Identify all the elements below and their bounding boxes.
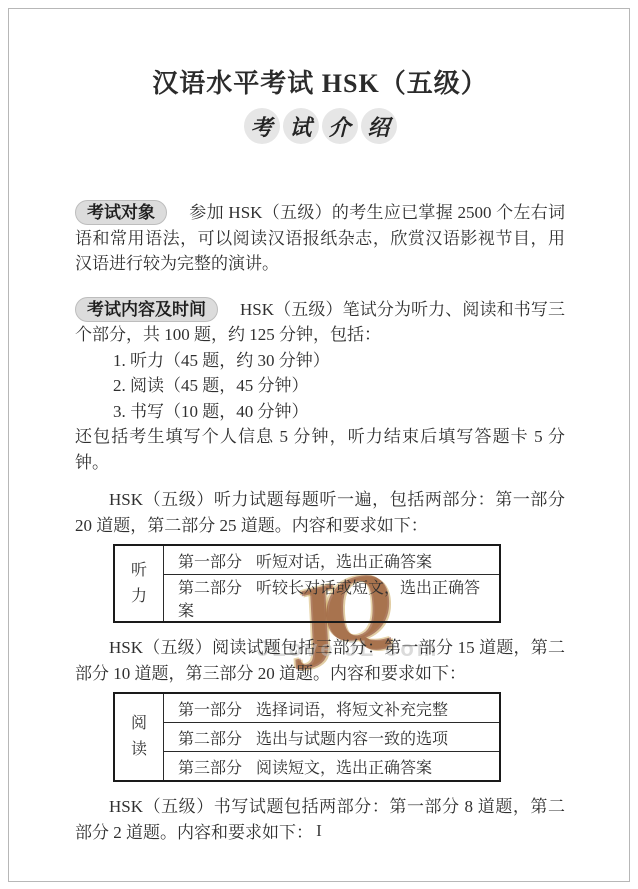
part-label: 第一部分 bbox=[178, 554, 242, 571]
page-title: 汉语水平考试 HSK（五级） bbox=[75, 63, 565, 100]
part-label: 第二部分 bbox=[178, 580, 242, 597]
table-row: 阅 读 第一部分选择词语，将短文补充完整 bbox=[114, 693, 500, 723]
part-label: 第二部分 bbox=[178, 731, 242, 748]
section-content-time: 考试内容及时间HSK（五级）笔试分为听力、阅读和书写三个部分，共 100 题，约… bbox=[75, 297, 565, 476]
scanned-page: JQ JLove JL com 汉语水平考试 HSK（五级） 考 试 介 绍 考… bbox=[8, 8, 630, 882]
section-exam-target: 考试对象参加 HSK（五级）的考生应已掌握 2500 个左右词语和常用语法，可以… bbox=[75, 200, 565, 277]
skill-char: 读 bbox=[116, 737, 162, 763]
reading-row-1: 第一部分选择词语，将短文补充完整 bbox=[164, 693, 501, 723]
listening-row-2: 第二部分听较长对话或短文，选出正确答案 bbox=[164, 575, 501, 623]
page-number: I bbox=[9, 821, 629, 841]
content-time-label: 考试内容及时间 bbox=[75, 297, 218, 322]
list-item-writing: 3. 书写（10 题，40 分钟） bbox=[75, 399, 565, 425]
stamp-char-shi: 试 bbox=[283, 108, 319, 144]
table-row: 第二部分选出与试题内容一致的选项 bbox=[114, 723, 500, 752]
part-desc: 选择词语，将短文补充完整 bbox=[256, 702, 448, 719]
reading-skill-cell: 阅 读 bbox=[114, 693, 164, 781]
part-label: 第一部分 bbox=[178, 702, 242, 719]
reading-table: 阅 读 第一部分选择词语，将短文补充完整 第二部分选出与试题内容一致的选项 第三… bbox=[113, 692, 501, 782]
reading-paragraph: HSK（五级）阅读试题包括三部分：第一部分 15 道题，第二部分 10 道题，第… bbox=[75, 635, 565, 686]
table-row: 听 力 第一部分听短对话，选出正确答案 bbox=[114, 545, 500, 575]
content-time-note: 还包括考生填写个人信息 5 分钟，听力结束后填写答题卡 5 分钟。 bbox=[75, 424, 565, 475]
list-item-reading: 2. 阅读（45 题，45 分钟） bbox=[75, 373, 565, 399]
skill-char: 听 bbox=[116, 558, 162, 584]
listening-paragraph: HSK（五级）听力试题每题听一遍，包括两部分：第一部分 20 道题，第二部分 2… bbox=[75, 487, 565, 538]
part-desc: 阅读短文，选出正确答案 bbox=[256, 760, 432, 777]
exam-target-label: 考试对象 bbox=[75, 200, 167, 225]
skill-char: 力 bbox=[116, 584, 162, 610]
part-label: 第三部分 bbox=[178, 760, 242, 777]
stamp-char-jie: 介 bbox=[322, 108, 358, 144]
table-row: 第三部分阅读短文，选出正确答案 bbox=[114, 752, 500, 782]
reading-row-3: 第三部分阅读短文，选出正确答案 bbox=[164, 752, 501, 782]
content-time-intro-line: 考试内容及时间HSK（五级）笔试分为听力、阅读和书写三个部分，共 100 题，约… bbox=[75, 297, 565, 348]
table-row: 第二部分听较长对话或短文，选出正确答案 bbox=[114, 575, 500, 623]
stamp-char-shao: 绍 bbox=[361, 108, 397, 144]
stamp-char-kao: 考 bbox=[244, 108, 280, 144]
skill-char: 阅 bbox=[116, 711, 162, 737]
listening-row-1: 第一部分听短对话，选出正确答案 bbox=[164, 545, 501, 575]
part-desc: 听短对话，选出正确答案 bbox=[256, 554, 432, 571]
reading-row-2: 第二部分选出与试题内容一致的选项 bbox=[164, 723, 501, 752]
part-desc: 选出与试题内容一致的选项 bbox=[256, 731, 448, 748]
listening-table: 听 力 第一部分听短对话，选出正确答案 第二部分听较长对话或短文，选出正确答案 bbox=[113, 544, 501, 623]
list-item-listening: 1. 听力（45 题，约 30 分钟） bbox=[75, 348, 565, 374]
listening-skill-cell: 听 力 bbox=[114, 545, 164, 622]
subtitle-stamps: 考 试 介 绍 bbox=[75, 108, 565, 144]
